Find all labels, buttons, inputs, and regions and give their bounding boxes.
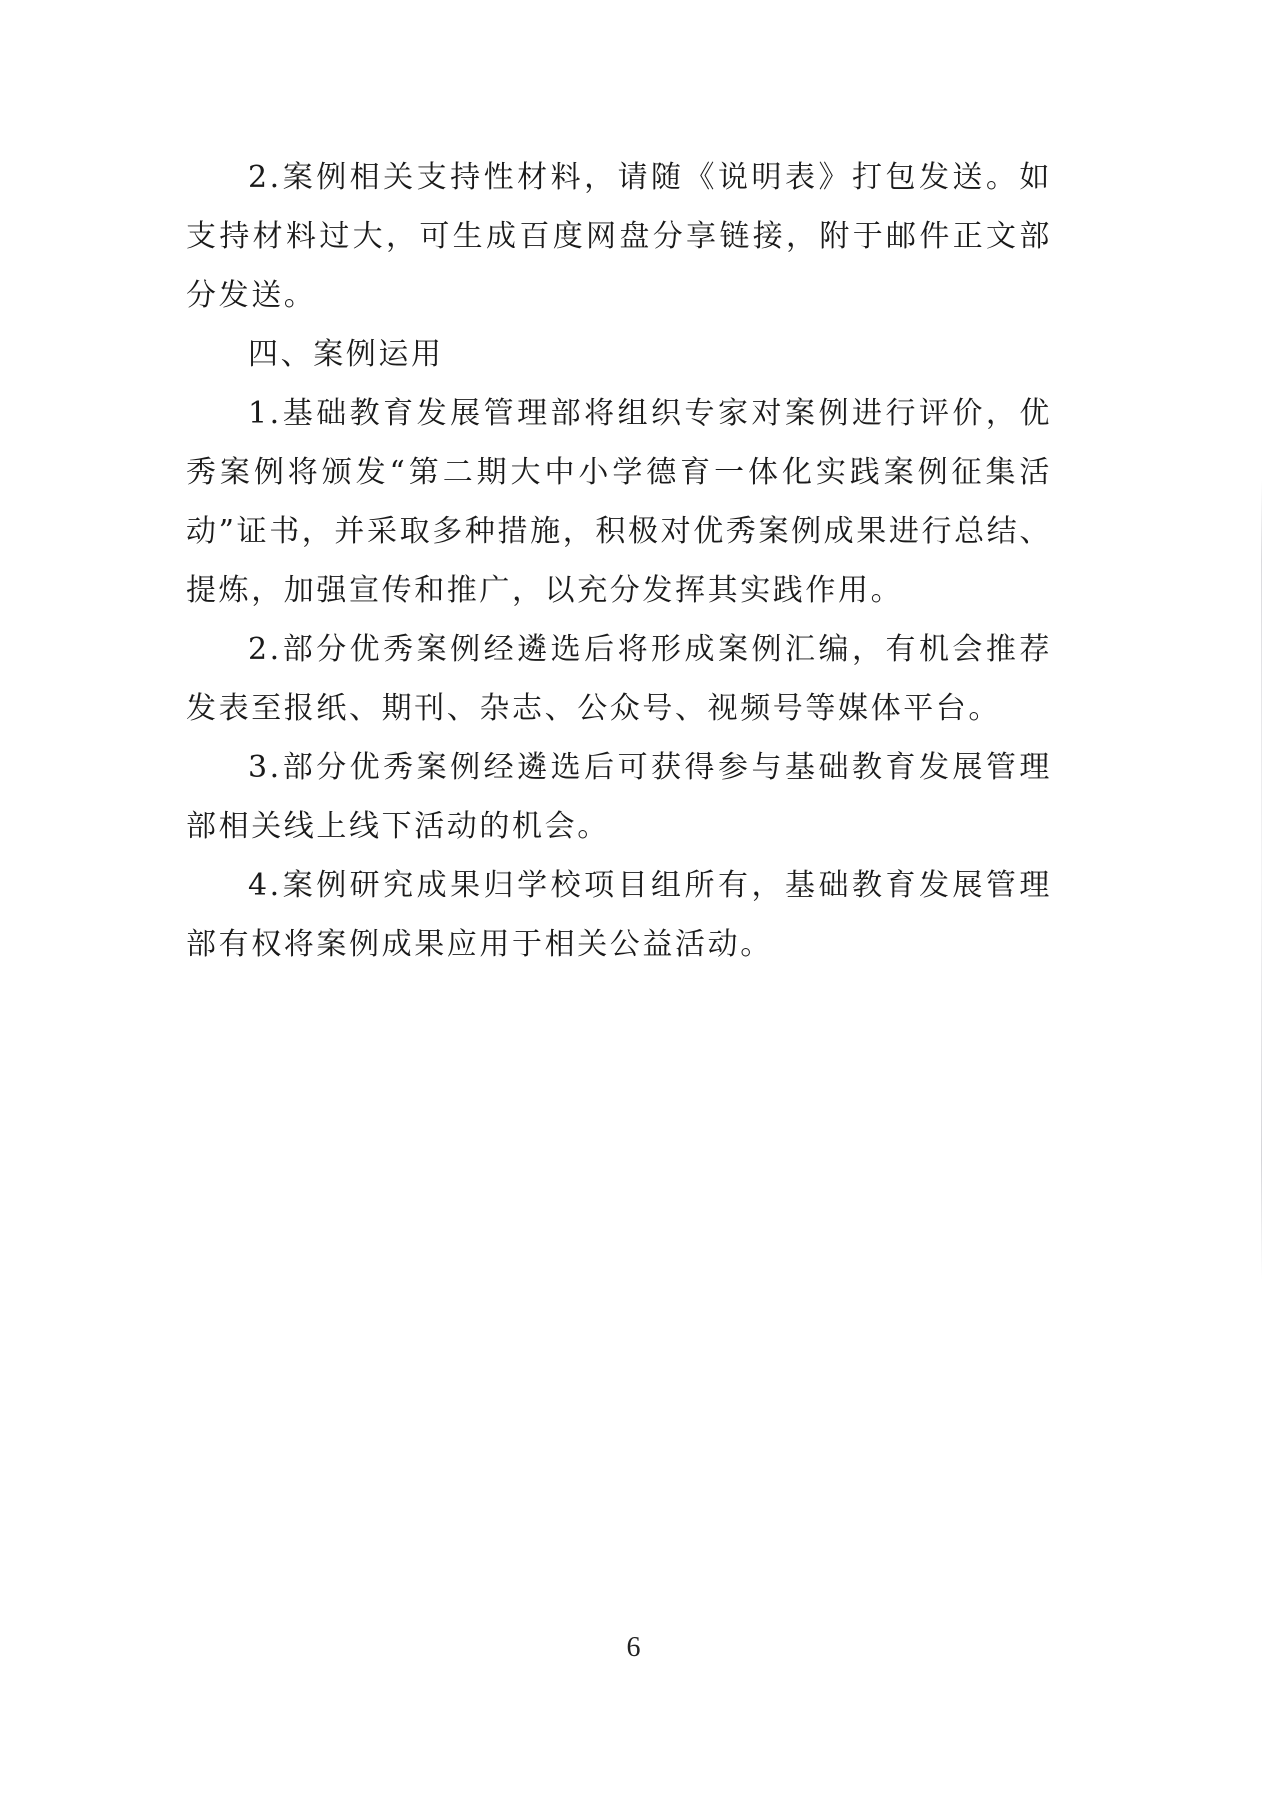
- page-number: 6: [0, 1632, 1267, 1664]
- paragraph-activity-participation: 3.部分优秀案例经遴选后可获得参与基础教育发展管理部相关线上线下活动的机会。: [186, 738, 1052, 856]
- section-heading-case-application: 四、案例运用: [186, 325, 1052, 384]
- paragraph-case-compilation: 2.部分优秀案例经遴选后将形成案例汇编，有机会推荐发表至报纸、期刊、杂志、公众号…: [186, 620, 1052, 738]
- paragraph-expert-evaluation: 1.基础教育发展管理部将组织专家对案例进行评价，优秀案例将颁发“第二期大中小学德…: [186, 384, 1052, 620]
- scan-edge-artifact: [1261, 480, 1262, 1280]
- paragraph-submission-materials: 2.案例相关支持性材料，请随《说明表》打包发送。如支持材料过大，可生成百度网盘分…: [186, 148, 1052, 325]
- paragraph-ownership-rights: 4.案例研究成果归学校项目组所有，基础教育发展管理部有权将案例成果应用于相关公益…: [186, 856, 1052, 974]
- document-body: 2.案例相关支持性材料，请随《说明表》打包发送。如支持材料过大，可生成百度网盘分…: [186, 148, 1052, 974]
